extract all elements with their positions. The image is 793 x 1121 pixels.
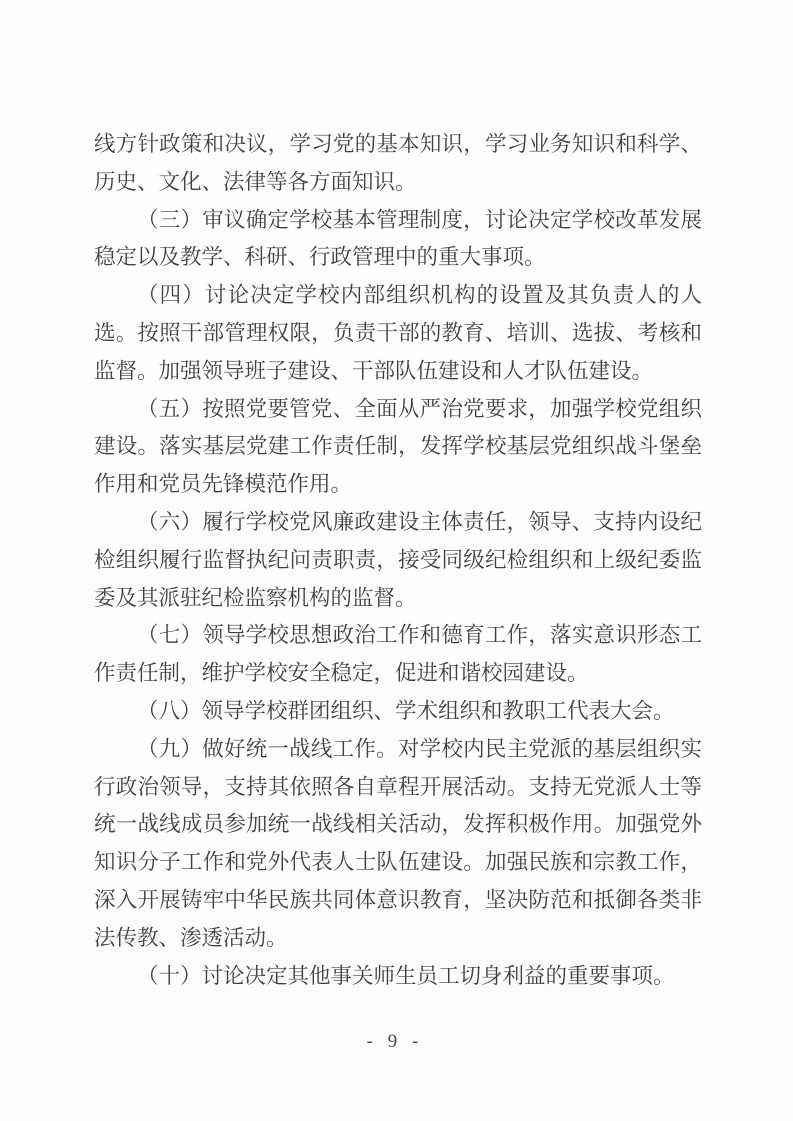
paragraph-item-9: （九）做好统一战线工作。对学校内民主党派的基层组织实行政治领导，支持其依照各自章…: [94, 731, 702, 958]
paragraph-item-8: （八）领导学校群团组织、学术组织和教职工代表大会。: [94, 693, 702, 731]
document-page: 线方针政策和决议，学习党的基本知识，学习业务知识和科学、历史、文化、法律等各方面…: [0, 0, 793, 1121]
page-number: - 9 -: [0, 1031, 787, 1053]
paragraph-item-6: （六）履行学校党风廉政建设主体责任，领导、支持内设纪检组织履行监督执纪问责职责，…: [94, 504, 702, 617]
paragraph-item-7: （七）领导学校思想政治工作和德育工作，落实意识形态工作责任制，维护学校安全稳定，…: [94, 617, 702, 693]
paragraph-item-3: （三）审议确定学校基本管理制度，讨论决定学校改革发展稳定以及教学、科研、行政管理…: [94, 202, 702, 278]
document-body-text: 线方针政策和决议，学习党的基本知识，学习业务知识和科学、历史、文化、法律等各方面…: [94, 126, 702, 995]
paragraph-continuation: 线方针政策和决议，学习党的基本知识，学习业务知识和科学、历史、文化、法律等各方面…: [94, 126, 702, 202]
paragraph-item-10: （十）讨论决定其他事关师生员工切身利益的重要事项。: [94, 958, 702, 996]
paragraph-item-5: （五）按照党要管党、全面从严治党要求，加强学校党组织建设。落实基层党建工作责任制…: [94, 391, 702, 504]
paragraph-item-4: （四）讨论决定学校内部组织机构的设置及其负责人的人选。按照干部管理权限，负责干部…: [94, 277, 702, 390]
